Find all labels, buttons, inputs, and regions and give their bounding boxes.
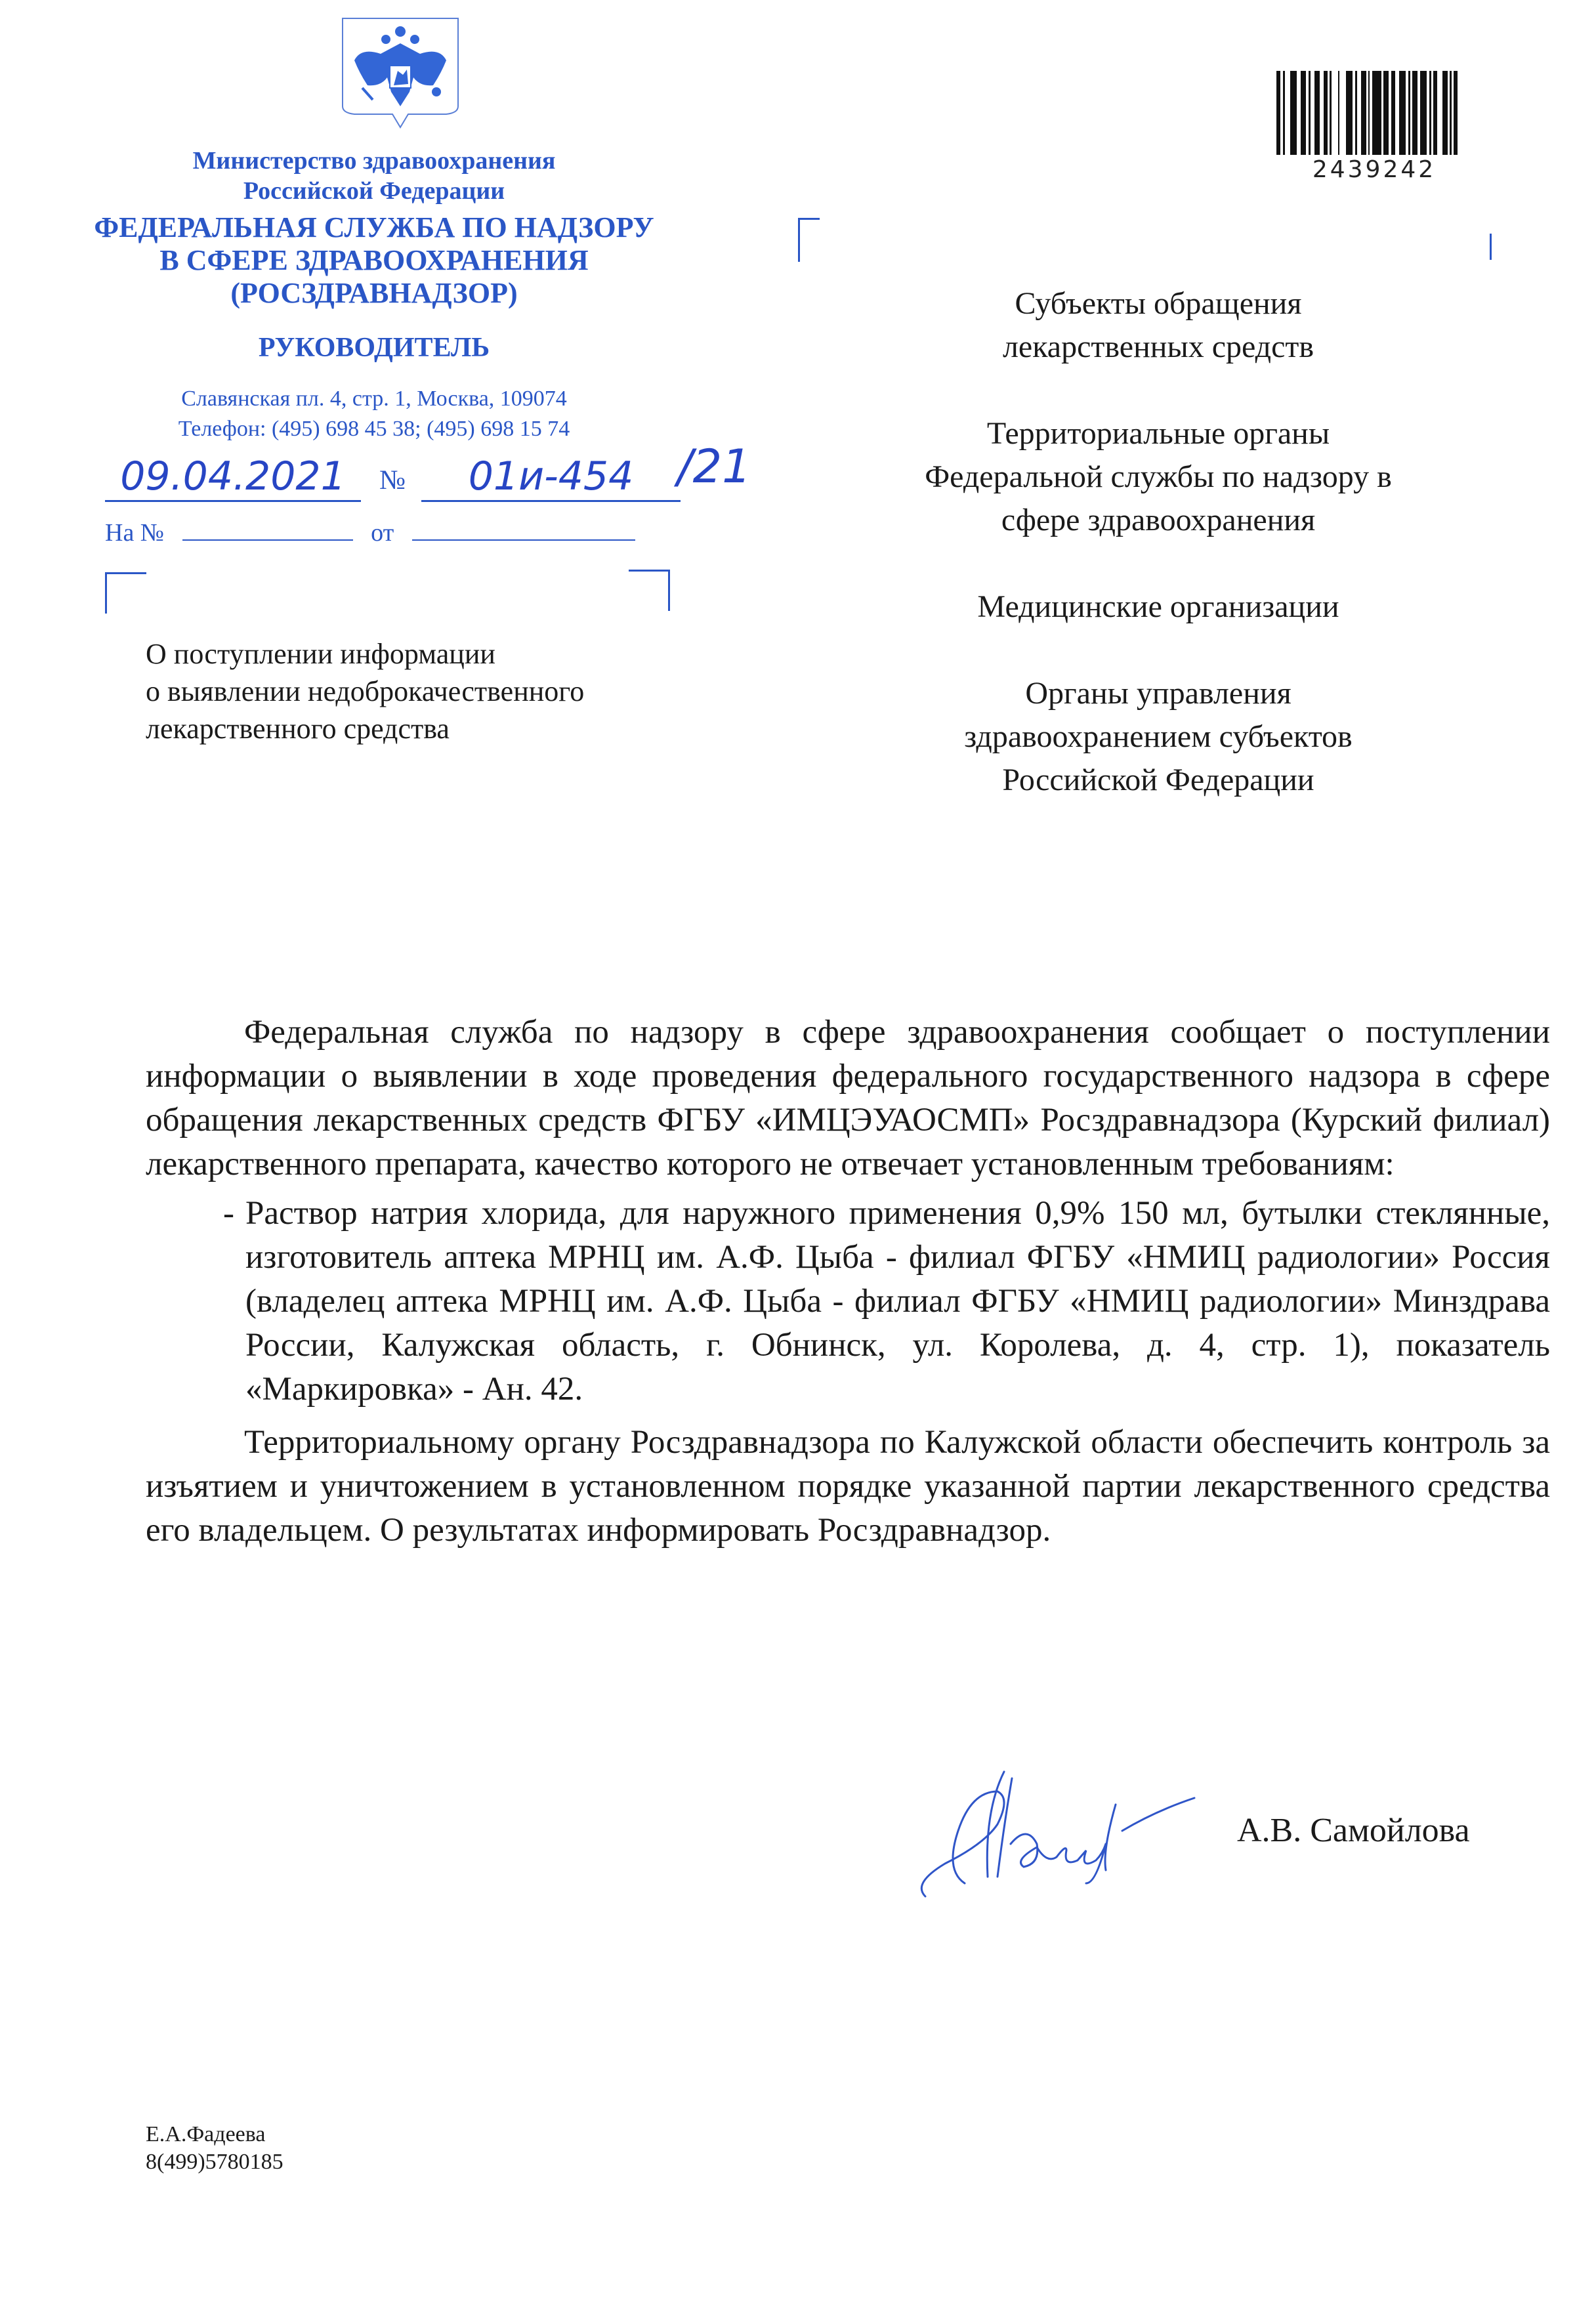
recipient-line: лекарственных средств: [853, 325, 1463, 369]
subject-line-3: лекарственного средства: [146, 710, 584, 747]
recipient-line: Медицинские организации: [853, 585, 1463, 629]
ref-from-label: от: [371, 519, 394, 547]
body-paragraph-1: Федеральная служба по надзору в сфере зд…: [146, 1011, 1550, 1186]
recipient-group: Территориальные органы Федеральной служб…: [853, 412, 1463, 542]
phone: Телефон: (495) 698 45 38; (495) 698 15 7…: [85, 414, 663, 444]
handwritten-date: 09.04.2021: [105, 453, 361, 502]
coat-of-arms-emblem: [335, 14, 466, 131]
handwritten-number-suffix: /21: [677, 440, 751, 493]
executor-block: Е.А.Фадеева 8(499)5780185: [146, 2121, 283, 2176]
signer-name: А.В. Самойлова: [1237, 1811, 1470, 1850]
subject-line-1: О поступлении информации: [146, 635, 584, 673]
number-label: №: [379, 465, 406, 496]
handwritten-number: 01и-454: [421, 453, 681, 502]
executor-name: Е.А.Фадеева: [146, 2121, 283, 2148]
bullet-dash: -: [223, 1192, 234, 1236]
ref-number-blank: [182, 520, 353, 541]
recipient-group: Субъекты обращения лекарственных средств: [853, 282, 1463, 369]
subject-bracket-right: [629, 570, 670, 611]
letter-subject: О поступлении информации о выявлении нед…: [146, 635, 584, 747]
service-line-3: (РОСЗДРАВНАДЗОР): [85, 277, 663, 310]
addressee-bracket-right: [1490, 234, 1492, 260]
executor-phone: 8(499)5780185: [146, 2148, 283, 2176]
ref-number-label: На №: [105, 519, 164, 547]
recipient-group: Органы управления здравоохранением субъе…: [853, 672, 1463, 802]
recipient-line: Российской Федерации: [853, 759, 1463, 802]
barcode: [1276, 71, 1472, 155]
handwritten-signature: [906, 1732, 1273, 1903]
recipient-group: Медицинские организации: [853, 585, 1463, 629]
ministry-line-1: Министерство здравоохранения: [85, 146, 663, 176]
subject-bracket-left: [105, 572, 146, 614]
recipient-line: Субъекты обращения: [853, 282, 1463, 325]
contact-block: Славянская пл. 4, стр. 1, Москва, 109074…: [85, 384, 663, 444]
ministry-line-2: Российской Федерации: [85, 176, 663, 206]
recipient-line: здравоохранением субъектов: [853, 715, 1463, 759]
service-name: ФЕДЕРАЛЬНАЯ СЛУЖБА ПО НАДЗОРУ В СФЕРЕ ЗД…: [85, 211, 663, 310]
recipients-block: Субъекты обращения лекарственных средств…: [853, 282, 1463, 845]
ministry-name: Министерство здравоохранения Российской …: [85, 146, 663, 206]
reference-line: На № от: [105, 518, 669, 547]
letter-body: Федеральная служба по надзору в сфере зд…: [146, 1011, 1550, 1553]
service-line-2: В СФЕРЕ ЗДРАВООХРАНЕНИЯ: [85, 244, 663, 277]
recipient-line: Федеральной службы по надзору в: [853, 455, 1463, 499]
body-paragraph-2: Территориальному органу Росздравнадзора …: [146, 1421, 1550, 1553]
ref-date-blank: [412, 520, 635, 541]
recipient-line: Органы управления: [853, 672, 1463, 715]
bullet-item: - Раствор натрия хлорида, для наружного …: [146, 1192, 1550, 1411]
address: Славянская пл. 4, стр. 1, Москва, 109074: [85, 384, 663, 414]
bullet-text: Раствор натрия хлорида, для наружного пр…: [245, 1195, 1550, 1408]
addressee-bracket-left: [798, 218, 820, 262]
recipient-line: Территориальные органы: [853, 412, 1463, 455]
service-line-1: ФЕДЕРАЛЬНАЯ СЛУЖБА ПО НАДЗОРУ: [85, 211, 663, 244]
subject-line-2: о выявлении недоброкачественного: [146, 673, 584, 710]
registration-line: 09.04.2021 № 01и-454 /21: [105, 453, 761, 505]
barcode-number: 2439242: [1276, 156, 1472, 183]
recipient-line: сфере здравоохранения: [853, 499, 1463, 542]
position-title: РУКОВОДИТЕЛЬ: [85, 332, 663, 364]
